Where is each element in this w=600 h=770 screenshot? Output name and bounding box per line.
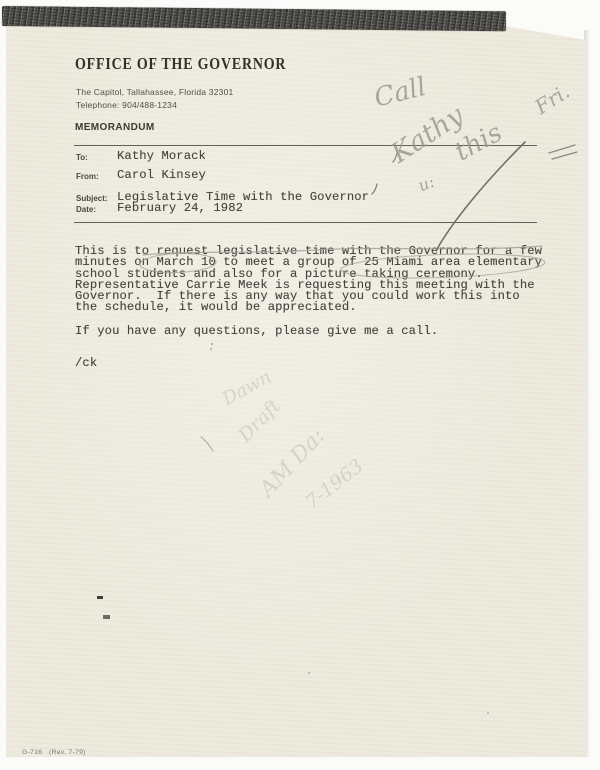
pencil-double-underline-1 xyxy=(549,145,575,153)
scan-speck xyxy=(487,712,489,714)
from-value: Carol Kinsey xyxy=(117,168,206,182)
scan-speck xyxy=(97,596,103,599)
pencil-dash xyxy=(201,437,213,451)
memo-body-closing: If you have any questions, please give m… xyxy=(75,324,438,338)
memo-body-paragraph: This is to request legislative time with… xyxy=(75,246,542,314)
letterhead-address: The Capitol, Tallahassee, Florida 32301 xyxy=(76,87,233,97)
body-line: the schedule, it would be appreciated. xyxy=(75,302,542,313)
pencil-speck xyxy=(211,343,213,345)
typist-initials: /ck xyxy=(75,356,97,370)
handwritten-note-kathy: Kathy xyxy=(386,100,470,169)
to-label: To: xyxy=(76,153,88,162)
date-value: February 24, 1982 xyxy=(117,201,243,215)
letterhead-telephone: Telephone: 904/488-1234 xyxy=(76,100,177,110)
scan-speck xyxy=(308,672,310,674)
scribble-word: 7-1963 xyxy=(301,455,367,514)
pencil-double-underline-2 xyxy=(552,152,577,159)
scan-speck xyxy=(103,615,110,619)
from-label: From: xyxy=(76,172,99,181)
form-number: G-716 (Rev. 7-79) xyxy=(22,749,86,756)
header-rule-bottom xyxy=(74,222,537,223)
memorandum-heading: MEMORANDUM xyxy=(75,122,155,133)
date-label: Date: xyxy=(76,205,96,214)
letterhead-office-name: OFFICE OF THE GOVERNOR xyxy=(75,54,333,74)
to-value: Kathy Morack xyxy=(117,149,206,163)
handwritten-note-call: Call xyxy=(371,72,429,114)
memo-paper: OFFICE OF THE GOVERNOR The Capitol, Tall… xyxy=(6,0,586,757)
subject-label: Subject: xyxy=(76,194,108,203)
handwritten-note-fri: Fri. xyxy=(530,79,573,119)
scanned-memo-page: OFFICE OF THE GOVERNOR The Capitol, Tall… xyxy=(0,0,600,770)
pencil-comma xyxy=(372,184,377,194)
pencil-speck xyxy=(210,348,212,350)
handwritten-note-u: u: xyxy=(415,172,437,195)
pencil-annotations xyxy=(6,0,586,757)
